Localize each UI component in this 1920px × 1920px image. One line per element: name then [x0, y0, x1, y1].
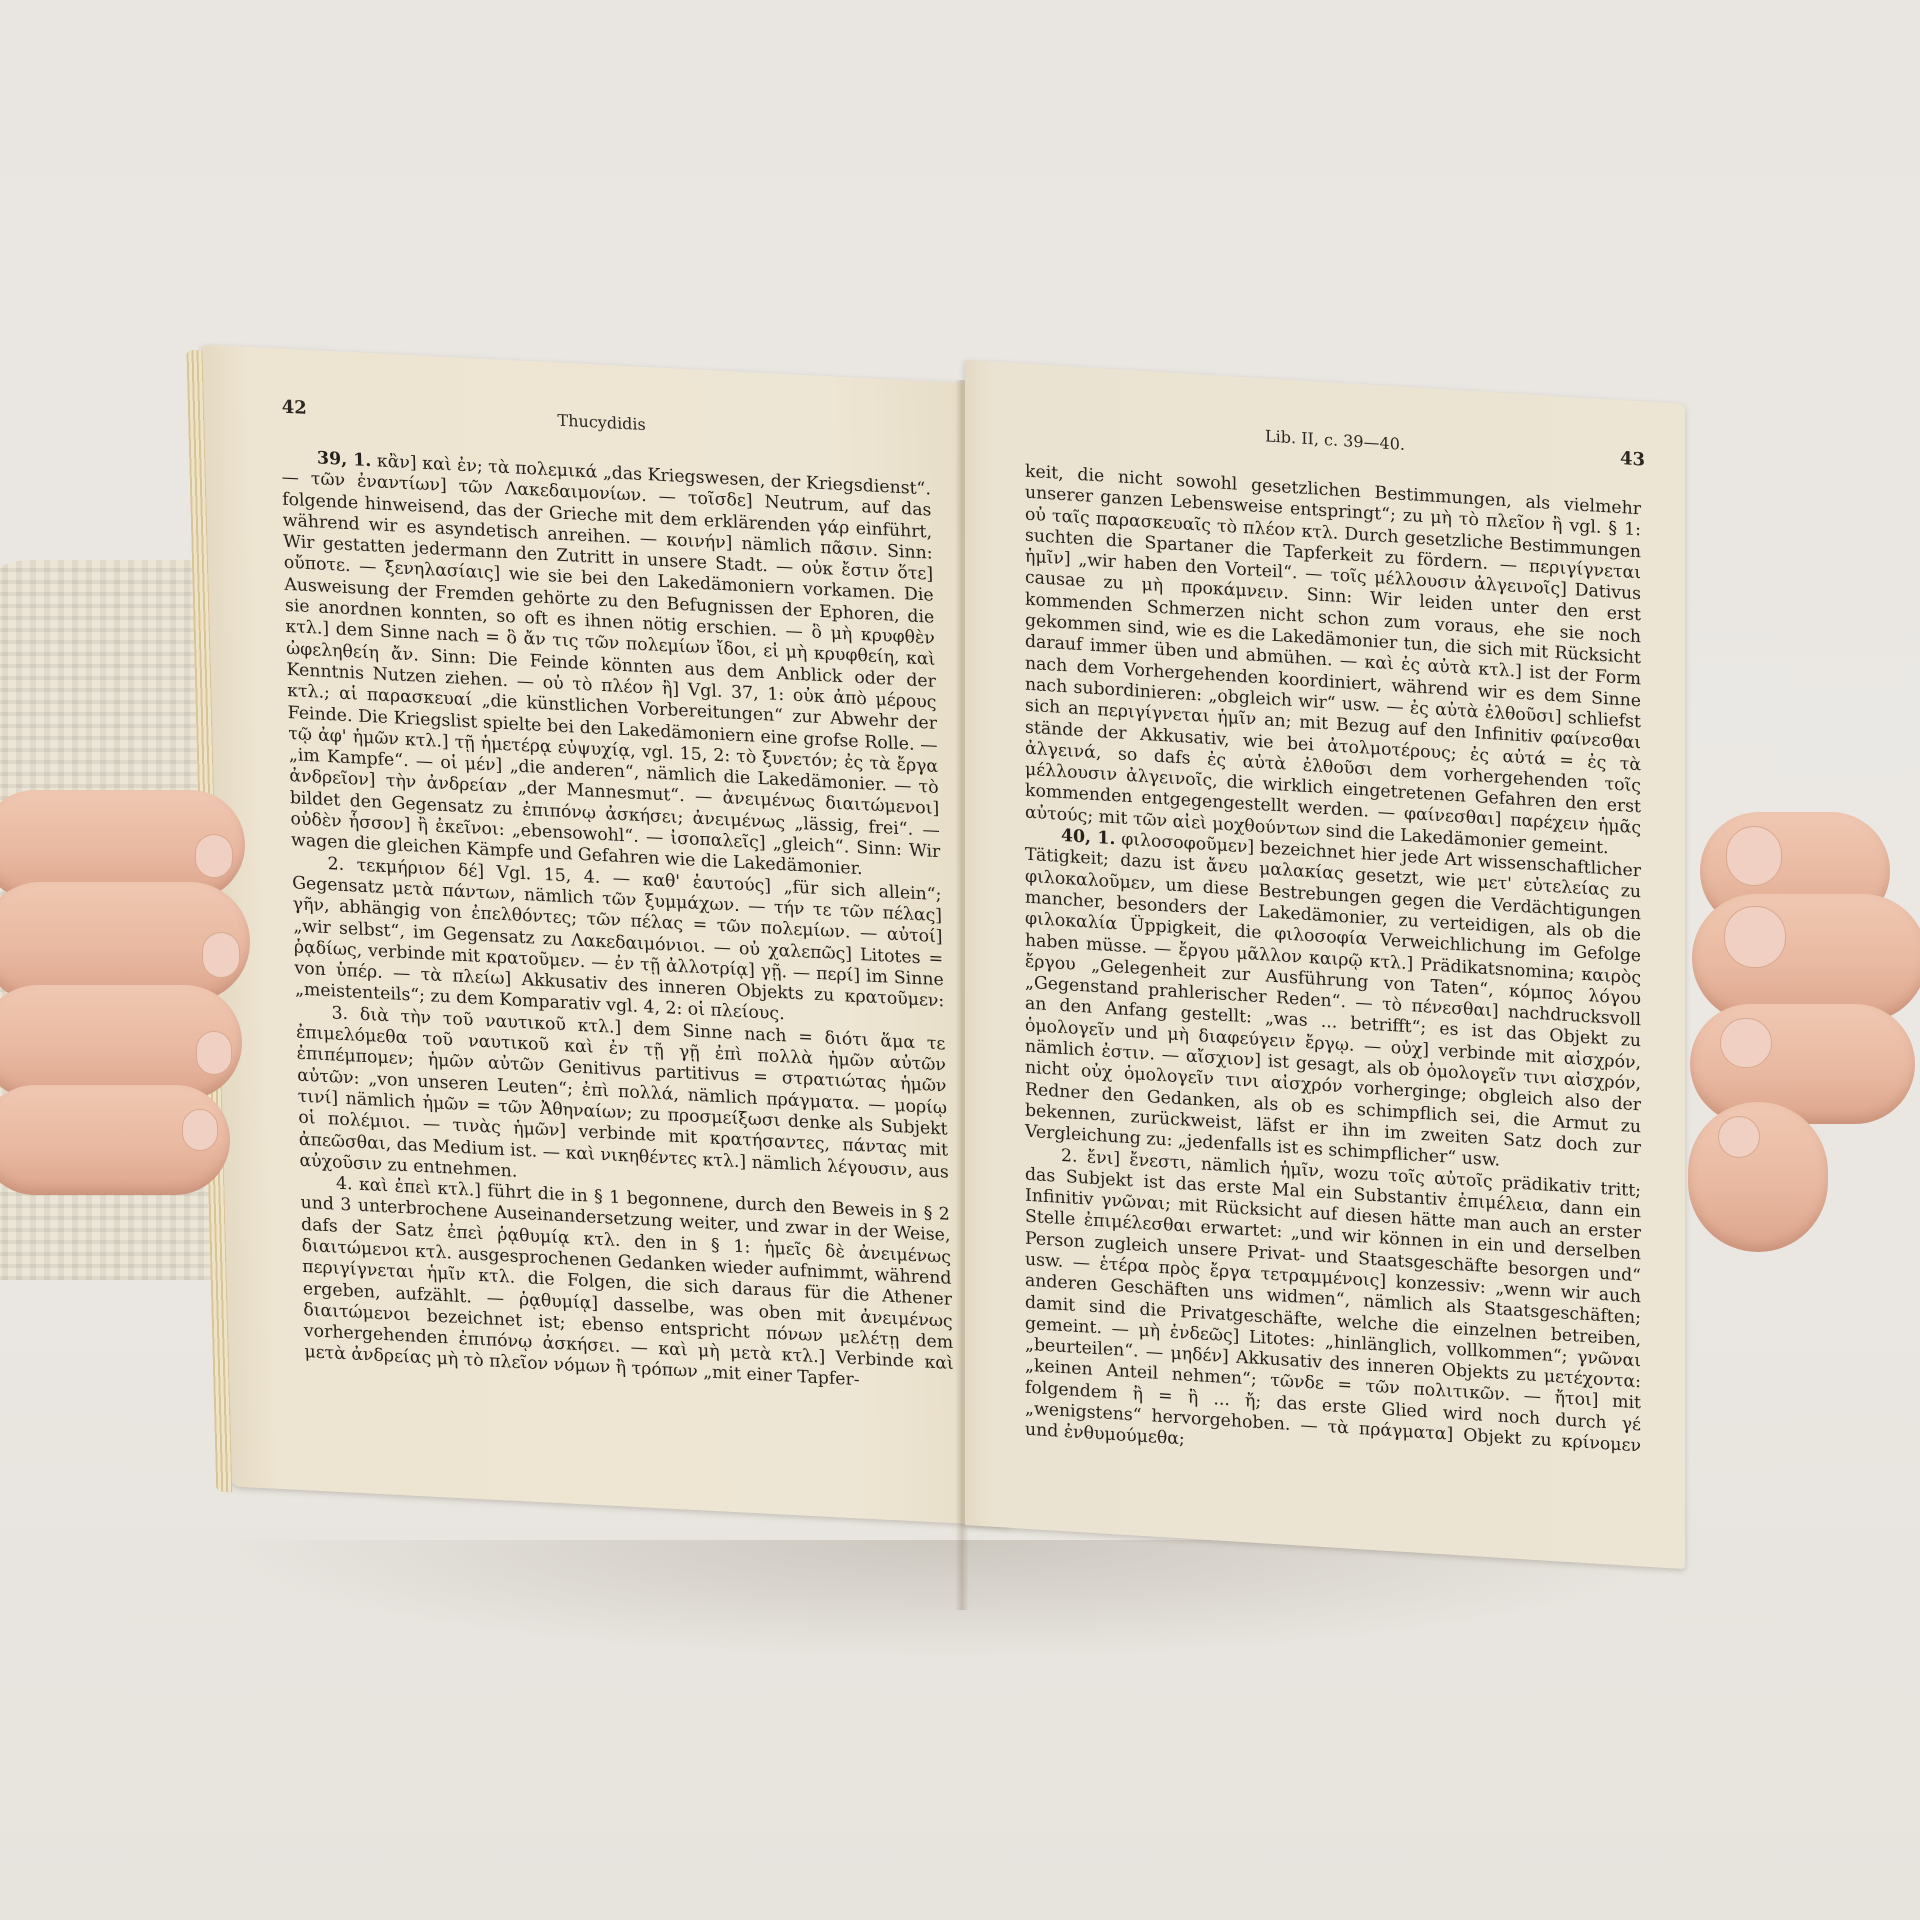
finger — [1690, 1004, 1915, 1124]
section-number: 39, 1. — [317, 448, 372, 471]
paragraph-text: διὰ τὴν τοῦ ναυτικοῦ κτλ.] dem Sinne nac… — [296, 1004, 949, 1182]
fingernail — [1720, 1018, 1772, 1068]
finger — [1692, 894, 1920, 1022]
fingernail — [1726, 826, 1782, 886]
left-page: 42 Thucydidis 39, 1. κἂν] καὶ ἐν; τὰ πολ… — [200, 344, 1010, 1525]
paragraph-text: ἔνι] ἔνεστι, nämlich ἡμῖν, wozu τοῖς αὐτ… — [1025, 1147, 1641, 1456]
fingernail — [1718, 1116, 1760, 1158]
paragraph: 40, 1. φιλοσοφοῦμεν] bezeichnet hier jed… — [1025, 824, 1641, 1181]
section-number: 2. — [1061, 1145, 1078, 1166]
paragraph: 4. καὶ ἐπεὶ κτλ.] führt die in § 1 begon… — [300, 1172, 955, 1397]
paragraph-text: keit, die nicht sowohl gesetzlichen Best… — [1025, 462, 1641, 858]
book-shadow — [200, 1540, 1700, 1660]
paragraph-text: τεκμήριον δέ] Vgl. 15, 4. — καθ' ἑαυτούς… — [292, 855, 945, 1025]
fingernail — [202, 932, 240, 978]
right-running-title: Lib. II, c. 39—40. — [1025, 412, 1645, 469]
paragraph: 2. ἔνι] ἔνεστι, nämlich ἡμῖν, wozu τοῖς … — [1025, 1143, 1641, 1479]
fingernail — [195, 834, 233, 878]
photo-scene: 42 Thucydidis 39, 1. κἂν] καὶ ἐν; τὰ πολ… — [0, 0, 1920, 1920]
section-number: 2. — [327, 854, 344, 875]
fingernail — [196, 1031, 232, 1075]
left-page-header: 42 Thucydidis — [281, 397, 922, 458]
finger — [0, 985, 242, 1100]
section-number: 40, 1. — [1061, 826, 1115, 849]
fingernail — [1724, 906, 1786, 968]
thumb — [1688, 1102, 1828, 1252]
left-running-title: Thucydidis — [281, 397, 921, 449]
right-page-number: 43 — [1620, 448, 1645, 471]
right-page-body: keit, die nicht sowohl gesetzlichen Best… — [1025, 462, 1641, 1479]
section-number: 3. — [331, 1003, 348, 1024]
left-hand — [0, 790, 270, 1230]
finger — [0, 882, 250, 1002]
paragraph-text: καὶ ἐπεὶ κτλ.] führt die in § 1 begonnen… — [300, 1175, 954, 1391]
fingernail — [182, 1109, 218, 1151]
finger — [0, 1085, 230, 1195]
left-page-body: 39, 1. κἂν] καὶ ἐν; τὰ πολεμικά „das Kri… — [281, 447, 955, 1397]
right-hand — [1700, 812, 1920, 1252]
right-page: Lib. II, c. 39—40. 43 keit, die nicht so… — [965, 360, 1685, 1569]
paragraph: keit, die nicht sowohl gesetzlichen Best… — [1025, 462, 1641, 862]
section-number: 4. — [336, 1174, 353, 1195]
paragraph-text: φιλοσοφοῦμεν] bezeichnet hier jede Art w… — [1025, 830, 1641, 1171]
paragraph-text: κἂν] καὶ ἐν; τὰ πολεμικά „das Kriegswese… — [281, 451, 940, 879]
paragraph: 39, 1. κἂν] καὶ ἐν; τὰ πολεμικά „das Kri… — [281, 447, 941, 885]
paragraph: 3. διὰ τὴν τοῦ ναυτικοῦ κτλ.] dem Sinne … — [295, 1001, 949, 1205]
